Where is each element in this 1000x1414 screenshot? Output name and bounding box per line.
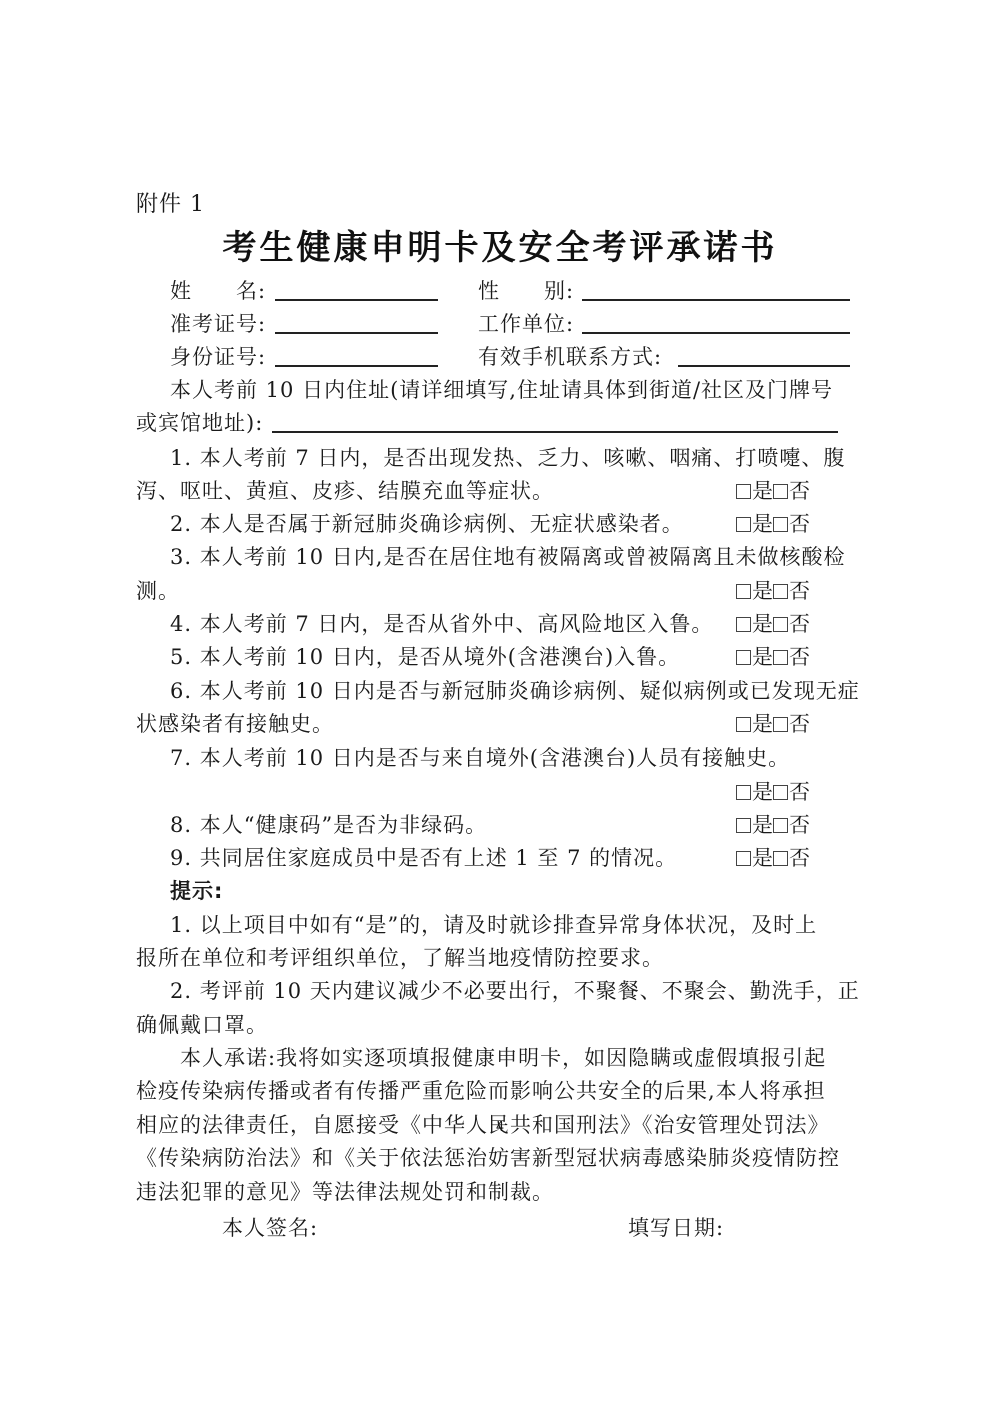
tip-1-line2: 报所在单位和考评组织单位，了解当地疫情防控要求。 <box>136 943 664 973</box>
question-4-line1: 4. 本人考前 7 日内，是否从省外中、高风险地区入鲁。 <box>170 609 713 639</box>
id-no-field[interactable] <box>275 365 438 367</box>
question-6-line2: 状感染者有接触史。 <box>136 709 334 739</box>
name-label: 姓 名: <box>170 276 266 306</box>
question-5-options: 是否 <box>736 642 810 672</box>
question-2-line1: 2. 本人是否属于新冠肺炎确诊病例、无症状感染者。 <box>170 509 684 539</box>
name-field[interactable] <box>275 299 438 301</box>
no-checkbox[interactable] <box>773 584 788 599</box>
signature-label: 本人签名: <box>222 1213 318 1243</box>
question-2-options: 是否 <box>736 509 810 539</box>
yes-checkbox[interactable] <box>736 617 751 632</box>
yes-checkbox[interactable] <box>736 785 751 800</box>
no-checkbox[interactable] <box>773 851 788 866</box>
question-6-line1: 6. 本人考前 10 日内是否与新冠肺炎确诊病例、疑似病例或已发现无症 <box>170 676 860 706</box>
no-checkbox[interactable] <box>773 785 788 800</box>
question-1-line1: 1. 本人考前 7 日内，是否出现发热、乏力、咳嗽、咽痛、打喷嚏、腹 <box>170 443 845 473</box>
yes-checkbox[interactable] <box>736 517 751 532</box>
no-checkbox[interactable] <box>773 517 788 532</box>
id-no-label: 身份证号: <box>170 342 266 372</box>
address-line1: 本人考前 10 日内住址(请详细填写,住址请具体到街道/社区及门牌号 <box>170 375 833 405</box>
question-3-options: 是否 <box>736 576 810 606</box>
document-page: 附件 1 考生健康申明卡及安全考评承诺书 姓 名: 性 别: 准考证号: 工作单… <box>0 0 1000 1414</box>
no-checkbox[interactable] <box>773 484 788 499</box>
gender-field[interactable] <box>582 299 850 301</box>
date-label: 填写日期: <box>628 1213 724 1243</box>
exam-no-label: 准考证号: <box>170 309 266 339</box>
work-unit-field[interactable] <box>582 332 850 334</box>
yes-checkbox[interactable] <box>736 584 751 599</box>
question-7-line1: 7. 本人考前 10 日内是否与来自境外(含港澳台)人员有接触史。 <box>170 743 790 773</box>
question-3-line2: 测。 <box>136 576 180 606</box>
yes-checkbox[interactable] <box>736 484 751 499</box>
attachment-label: 附件 1 <box>136 190 205 220</box>
pledge-line2: 检疫传染病传播或者有传播严重危险而影响公共安全的后果,本人将承担 <box>136 1076 826 1106</box>
pledge-line1: 本人承诺:我将如实逐项填报健康申明卡，如因隐瞒或虚假填报引起 <box>180 1043 826 1073</box>
question-8-line1: 8. 本人“健康码”是否为非绿码。 <box>170 810 487 840</box>
document-title: 考生健康申明卡及安全考评承诺书 <box>0 226 1000 270</box>
question-4-options: 是否 <box>736 609 810 639</box>
question-5-line1: 5. 本人考前 10 日内，是否从境外(含港澳台)入鲁。 <box>170 642 680 672</box>
question-6-options: 是否 <box>736 709 810 739</box>
pledge-line5: 违法犯罪的意见》等法律法规处罚和制裁。 <box>136 1177 554 1207</box>
yes-checkbox[interactable] <box>736 851 751 866</box>
gender-label: 性 别: <box>478 276 574 306</box>
address-field[interactable] <box>272 431 838 433</box>
yes-checkbox[interactable] <box>736 650 751 665</box>
tips-heading: 提示: <box>170 876 223 906</box>
tip-1-line1: 1. 以上项目中如有“是”的，请及时就诊排查异常身体状况，及时上 <box>170 910 817 940</box>
question-3-line1: 3. 本人考前 10 日内,是否在居住地有被隔离或曾被隔离且未做核酸检 <box>170 542 845 572</box>
question-9-line1: 9. 共同居住家庭成员中是否有上述 1 至 7 的情况。 <box>170 843 677 873</box>
question-8-options: 是否 <box>736 810 810 840</box>
question-9-options: 是否 <box>736 843 810 873</box>
question-1-line2: 泻、呕吐、黄疸、皮疹、结膜充血等症状。 <box>136 476 554 506</box>
pledge-line4: 《传染病防治法》和《关于依法惩治妨害新型冠状病毒感染肺炎疫情防控 <box>136 1143 840 1173</box>
question-1-options: 是否 <box>736 476 810 506</box>
exam-no-field[interactable] <box>275 332 438 334</box>
phone-label: 有效手机联系方式: <box>478 342 662 372</box>
phone-field[interactable] <box>678 365 850 367</box>
tip-2-line1: 2. 考评前 10 天内建议减少不必要出行，不聚餐、不聚会、勤洗手，正 <box>170 976 860 1006</box>
tip-2-line2: 确佩戴口罩。 <box>136 1010 268 1040</box>
no-checkbox[interactable] <box>773 717 788 732</box>
question-7-options: 是否 <box>736 777 810 807</box>
page-number: 4 <box>0 1120 1000 1136</box>
work-unit-label: 工作单位: <box>478 309 574 339</box>
address-line2: 或宾馆地址): <box>136 408 263 438</box>
yes-checkbox[interactable] <box>736 818 751 833</box>
no-checkbox[interactable] <box>773 617 788 632</box>
no-checkbox[interactable] <box>773 650 788 665</box>
no-checkbox[interactable] <box>773 818 788 833</box>
yes-checkbox[interactable] <box>736 717 751 732</box>
